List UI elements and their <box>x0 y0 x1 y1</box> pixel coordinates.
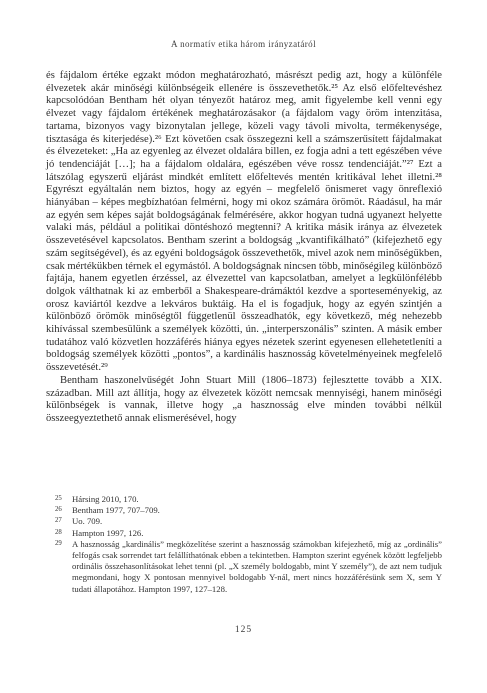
footnote-28: 28 Hampton 1997, 126. <box>46 528 442 539</box>
book-page: A normatív etika három irányzatáról és f… <box>0 0 487 693</box>
footnote-29: 29 A hasznosság „kardinális” megközelíté… <box>46 539 442 595</box>
footnote-text: Hampton 1997, 126. <box>72 528 143 538</box>
footnote-26: 26 Bentham 1977, 707–709. <box>46 505 442 516</box>
footnote-number: 28 <box>55 527 62 538</box>
running-head: A normatív etika három irányzatáról <box>0 39 487 49</box>
footnote-text: Bentham 1977, 707–709. <box>72 505 160 515</box>
footnote-number: 29 <box>55 538 62 549</box>
footnote-text: A hasznosság „kardinális” megközelítése … <box>72 539 442 594</box>
paragraph-mill: Bentham haszonelvűségét John Stuart Mill… <box>46 375 442 426</box>
footnotes-section: 25 Hársing 2010, 170. 26 Bentham 1977, 7… <box>46 494 442 595</box>
page-number: 125 <box>0 625 487 635</box>
footnote-25: 25 Hársing 2010, 170. <box>46 494 442 505</box>
footnote-text: Hársing 2010, 170. <box>72 494 139 504</box>
footnote-number: 27 <box>55 515 62 526</box>
body-text: és fájdalom értéke egzakt módon meghatár… <box>46 70 442 426</box>
footnote-number: 26 <box>55 504 62 515</box>
footnote-number: 25 <box>55 493 62 504</box>
footnote-27: 27 Uo. 709. <box>46 516 442 527</box>
paragraph-continued: és fájdalom értéke egzakt módon meghatár… <box>46 70 442 375</box>
footnote-text: Uo. 709. <box>72 516 102 526</box>
